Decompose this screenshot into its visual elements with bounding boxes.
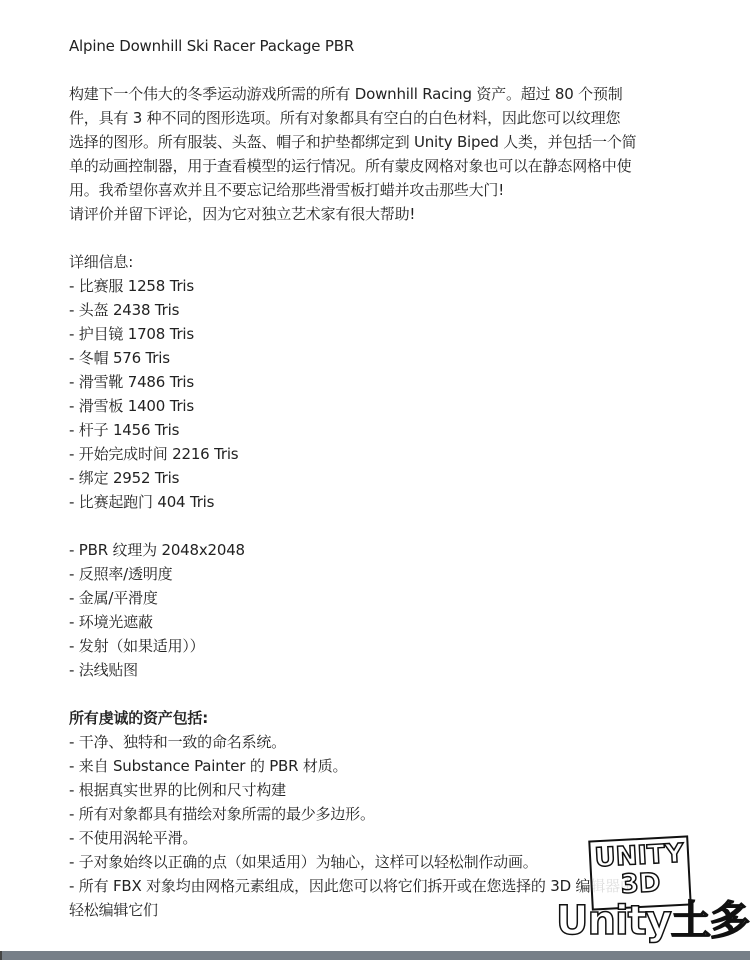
- details-item: - 护目镜 1708 Tris: [69, 322, 689, 346]
- details-item: - 滑雪板 1400 Tris: [69, 394, 689, 418]
- spacer: [69, 226, 689, 250]
- details-heading: 详细信息:: [69, 250, 689, 274]
- details-item: - 比赛起跑门 404 Tris: [69, 490, 689, 514]
- description-line: 请评价并留下评论，因为它对独立艺术家有很大帮助!: [69, 202, 689, 226]
- texture-item: - 法线贴图: [69, 658, 689, 682]
- spacer: [69, 514, 689, 538]
- details-item: - 头盔 2438 Tris: [69, 298, 689, 322]
- includes-section: 所有虔诚的资产包括: - 干净、独特和一致的命名系统。 - 来自 Substan…: [69, 706, 689, 922]
- description-line: 选择的图形。所有服装、头盔、帽子和护垫都绑定到 Unity Biped 人类，并…: [69, 130, 689, 154]
- details-section: 详细信息: - 比赛服 1258 Tris - 头盔 2438 Tris - 护…: [69, 250, 689, 514]
- bottom-bar: [0, 951, 750, 960]
- texture-item: - 反照率/透明度: [69, 562, 689, 586]
- includes-item: 轻松编辑它们: [69, 898, 689, 922]
- includes-item: - 不使用涡轮平滑。: [69, 826, 689, 850]
- details-item: - 冬帽 576 Tris: [69, 346, 689, 370]
- includes-item: - 所有对象都具有描绘对象所需的最少多边形。: [69, 802, 689, 826]
- package-title: Alpine Downhill Ski Racer Package PBR: [69, 34, 689, 58]
- includes-heading: 所有虔诚的资产包括:: [69, 706, 689, 730]
- details-item: - 绑定 2952 Tris: [69, 466, 689, 490]
- includes-item: - 根据真实世界的比例和尺寸构建: [69, 778, 689, 802]
- document-body: Alpine Downhill Ski Racer Package PBR 构建…: [69, 34, 689, 922]
- spacer: [69, 682, 689, 706]
- description-line: 单的动画控制器，用于查看模型的运行情况。所有蒙皮网格对象也可以在静态网格中使: [69, 154, 689, 178]
- description-line: 用。我希望你喜欢并且不要忘记给那些滑雪板打蜡并攻击那些大门!: [69, 178, 689, 202]
- texture-item: - 环境光遮蔽: [69, 610, 689, 634]
- textures-section: - PBR 纹理为 2048x2048 - 反照率/透明度 - 金属/平滑度 -…: [69, 538, 689, 682]
- texture-item: - 发射（如果适用））: [69, 634, 689, 658]
- includes-item: - 子对象始终以正确的点（如果适用）为轴心，这样可以轻松制作动画。: [69, 850, 689, 874]
- includes-item: - 干净、独特和一致的命名系统。: [69, 730, 689, 754]
- texture-item: - 金属/平滑度: [69, 586, 689, 610]
- description-line: 构建下一个伟大的冬季运动游戏所需的所有 Downhill Racing 资产。超…: [69, 82, 689, 106]
- details-item: - 滑雪靴 7486 Tris: [69, 370, 689, 394]
- details-item: - 比赛服 1258 Tris: [69, 274, 689, 298]
- description-line: 件，具有 3 种不同的图形选项。所有对象都具有空白的白色材料，因此您可以纹理您: [69, 106, 689, 130]
- details-item: - 杆子 1456 Tris: [69, 418, 689, 442]
- texture-item: - PBR 纹理为 2048x2048: [69, 538, 689, 562]
- includes-item: - 所有 FBX 对象均由网格元素组成，因此您可以将它们拆开或在您选择的 3D …: [69, 874, 689, 898]
- includes-item: - 来自 Substance Painter 的 PBR 材质。: [69, 754, 689, 778]
- spacer: [69, 58, 689, 82]
- details-item: - 开始完成时间 2216 Tris: [69, 442, 689, 466]
- description-paragraph: 构建下一个伟大的冬季运动游戏所需的所有 Downhill Racing 资产。超…: [69, 82, 689, 226]
